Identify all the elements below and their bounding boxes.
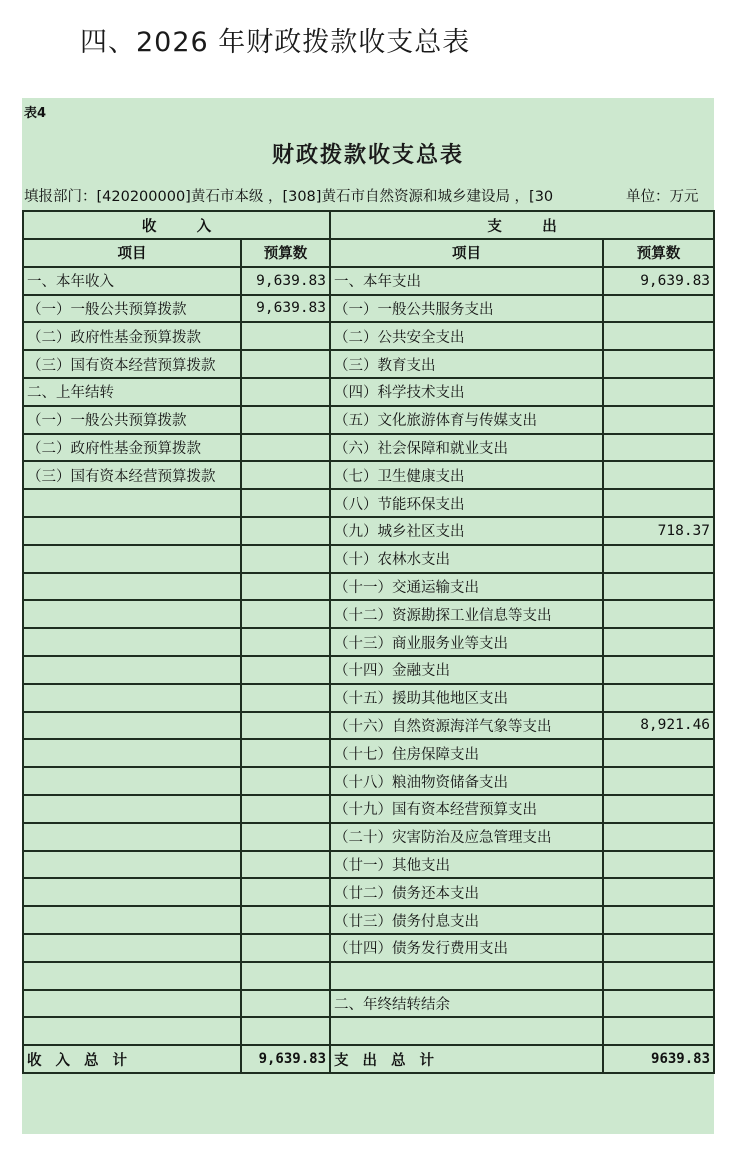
income-total-value: 9,639.83: [241, 1045, 330, 1073]
income-item-cell: [23, 600, 241, 628]
expense-item-cell: （十六）自然资源海洋气象等支出: [330, 712, 603, 740]
table-row: （二十）灾害防治及应急管理支出: [23, 823, 714, 851]
table-row: （十九）国有资本经营预算支出: [23, 795, 714, 823]
expense-budget-cell: [603, 573, 714, 601]
expense-budget-cell: [603, 739, 714, 767]
income-budget-cell: [241, 573, 330, 601]
table-row: 一、本年收入 9,639.83 一、本年支出 9,639.83: [23, 267, 714, 295]
income-budget-cell: [241, 934, 330, 962]
income-item-cell: [23, 684, 241, 712]
budget-summary-table: 收 入 支 出 项目 预算数 项目 预算数 一、本年收入 9,639.83 一、…: [22, 210, 715, 1074]
expense-item-cell: （廿二）债务还本支出: [330, 878, 603, 906]
income-total-label: 收入总计: [23, 1045, 241, 1073]
table-row: （十四）金融支出: [23, 656, 714, 684]
expense-item-cell: （五）文化旅游体育与传媒支出: [330, 406, 603, 434]
expense-item-cell: （十三）商业服务业等支出: [330, 628, 603, 656]
table-row: （十五）援助其他地区支出: [23, 684, 714, 712]
expense-item-cell: （四）科学技术支出: [330, 378, 603, 406]
table-row: 二、年终结转结余: [23, 990, 714, 1018]
income-budget-cell: [241, 823, 330, 851]
totals-row: 收入总计9,639.83支出总计9639.83: [23, 1045, 714, 1073]
income-budget-cell: [241, 656, 330, 684]
income-item-cell: [23, 962, 241, 990]
expense-item-header: 项目: [330, 239, 603, 267]
expense-budget-cell: [603, 795, 714, 823]
income-item-header: 项目: [23, 239, 241, 267]
income-budget-cell: [241, 378, 330, 406]
income-item-cell: （三）国有资本经营预算拨款: [23, 350, 241, 378]
income-item-cell: [23, 517, 241, 545]
table-row: （八）节能环保支出: [23, 489, 714, 517]
income-budget-cell: [241, 600, 330, 628]
expense-budget-cell: [603, 962, 714, 990]
income-budget-cell: [241, 712, 330, 740]
expense-budget-cell: [603, 934, 714, 962]
expense-budget-cell: [603, 545, 714, 573]
income-budget-cell: [241, 1017, 330, 1045]
income-budget-cell: [241, 684, 330, 712]
income-budget-cell: [241, 962, 330, 990]
expense-item-cell: （七）卫生健康支出: [330, 461, 603, 489]
table-row: （十七）住房保障支出: [23, 739, 714, 767]
table-row: 二、上年结转 （四）科学技术支出: [23, 378, 714, 406]
table-row: [23, 1017, 714, 1045]
income-item-cell: 二、上年结转: [23, 378, 241, 406]
income-item-cell: （一）一般公共预算拨款: [23, 295, 241, 323]
expense-item-cell: （八）节能环保支出: [330, 489, 603, 517]
expense-item-cell: （二）公共安全支出: [330, 322, 603, 350]
expense-item-cell: （廿三）债务付息支出: [330, 906, 603, 934]
income-budget-cell: [241, 350, 330, 378]
income-item-cell: [23, 851, 241, 879]
income-item-cell: [23, 489, 241, 517]
column-header-row: 项目 预算数 项目 预算数: [23, 239, 714, 267]
income-item-cell: 一、本年收入: [23, 267, 241, 295]
income-item-cell: （一）一般公共预算拨款: [23, 406, 241, 434]
table-row: （十三）商业服务业等支出: [23, 628, 714, 656]
income-budget-cell: 9,639.83: [241, 267, 330, 295]
expense-budget-cell: [603, 378, 714, 406]
expense-item-cell: 二、年终结转结余: [330, 990, 603, 1018]
expense-item-cell: （一）一般公共服务支出: [330, 295, 603, 323]
expense-total-value: 9639.83: [603, 1045, 714, 1073]
income-budget-cell: [241, 878, 330, 906]
expense-budget-cell: [603, 322, 714, 350]
expense-budget-cell: [603, 906, 714, 934]
expense-item-cell: 一、本年支出: [330, 267, 603, 295]
income-item-cell: [23, 906, 241, 934]
table-row: （二）政府性基金预算拨款 （二）公共安全支出: [23, 322, 714, 350]
expense-budget-cell: 8,921.46: [603, 712, 714, 740]
table-row: （十六）自然资源海洋气象等支出 8,921.46: [23, 712, 714, 740]
expense-budget-cell: [603, 851, 714, 879]
expense-item-cell: （十七）住房保障支出: [330, 739, 603, 767]
income-budget-cell: [241, 461, 330, 489]
expense-item-cell: （十）农林水支出: [330, 545, 603, 573]
expense-total-label: 支出总计: [330, 1045, 603, 1073]
income-budget-cell: [241, 489, 330, 517]
expense-item-cell: （十一）交通运输支出: [330, 573, 603, 601]
table-row: （十一）交通运输支出: [23, 573, 714, 601]
expense-item-cell: （十九）国有资本经营预算支出: [330, 795, 603, 823]
expense-budget-cell: 9,639.83: [603, 267, 714, 295]
expense-budget-cell: [603, 628, 714, 656]
expense-budget-header: 预算数: [603, 239, 714, 267]
income-budget-cell: [241, 628, 330, 656]
expense-budget-cell: [603, 489, 714, 517]
income-budget-cell: [241, 434, 330, 462]
income-budget-cell: [241, 990, 330, 1018]
table-row: （三）国有资本经营预算拨款 （三）教育支出: [23, 350, 714, 378]
unit-label: 单位：万元: [626, 185, 699, 206]
expense-budget-cell: [603, 878, 714, 906]
group-header-row: 收 入 支 出: [23, 211, 714, 239]
page-heading: 四、2026 年财政拨款收支总表: [80, 20, 470, 59]
table-number: 表4: [24, 102, 46, 121]
income-item-cell: [23, 990, 241, 1018]
expense-item-cell: [330, 962, 603, 990]
income-budget-header: 预算数: [241, 239, 330, 267]
income-item-cell: [23, 573, 241, 601]
income-item-cell: [23, 739, 241, 767]
income-item-cell: （二）政府性基金预算拨款: [23, 322, 241, 350]
expense-item-cell: （十二）资源勘探工业信息等支出: [330, 600, 603, 628]
table-row: （廿二）债务还本支出: [23, 878, 714, 906]
income-budget-cell: [241, 406, 330, 434]
table-row: （一）一般公共预算拨款 （五）文化旅游体育与传媒支出: [23, 406, 714, 434]
sheet-title: 财政拨款收支总表: [22, 138, 714, 169]
table-row: （廿四）债务发行费用支出: [23, 934, 714, 962]
income-budget-cell: 9,639.83: [241, 295, 330, 323]
income-item-cell: [23, 656, 241, 684]
table-row: （九）城乡社区支出 718.37: [23, 517, 714, 545]
expense-item-cell: （六）社会保障和就业支出: [330, 434, 603, 462]
expense-budget-cell: [603, 823, 714, 851]
table-row: （十二）资源勘探工业信息等支出: [23, 600, 714, 628]
income-budget-cell: [241, 545, 330, 573]
expense-budget-cell: [603, 295, 714, 323]
table-row: （二）政府性基金预算拨款 （六）社会保障和就业支出: [23, 434, 714, 462]
income-item-cell: [23, 767, 241, 795]
expense-item-cell: （二十）灾害防治及应急管理支出: [330, 823, 603, 851]
expense-item-cell: （十四）金融支出: [330, 656, 603, 684]
table-row: （十八）粮油物资储备支出: [23, 767, 714, 795]
expense-item-cell: （三）教育支出: [330, 350, 603, 378]
expense-budget-cell: [603, 350, 714, 378]
income-item-cell: （三）国有资本经营预算拨款: [23, 461, 241, 489]
expense-budget-cell: [603, 767, 714, 795]
table-row: [23, 962, 714, 990]
income-item-cell: [23, 545, 241, 573]
expense-budget-cell: [603, 600, 714, 628]
expense-item-cell: （十五）援助其他地区支出: [330, 684, 603, 712]
income-budget-cell: [241, 517, 330, 545]
income-item-cell: [23, 712, 241, 740]
table-row: （十）农林水支出: [23, 545, 714, 573]
expense-item-cell: （廿四）债务发行费用支出: [330, 934, 603, 962]
table-row: （三）国有资本经营预算拨款 （七）卫生健康支出: [23, 461, 714, 489]
income-budget-cell: [241, 739, 330, 767]
income-item-cell: [23, 1017, 241, 1045]
reporting-department: 填报部门：[420200000]黄石市本级 ，[308]黄石市自然资源和城乡建设…: [24, 185, 599, 206]
income-item-cell: （二）政府性基金预算拨款: [23, 434, 241, 462]
income-item-cell: [23, 795, 241, 823]
expense-item-cell: （十八）粮油物资储备支出: [330, 767, 603, 795]
income-budget-cell: [241, 767, 330, 795]
income-item-cell: [23, 628, 241, 656]
expense-group-header: 支 出: [330, 211, 714, 239]
expense-budget-cell: [603, 990, 714, 1018]
expense-item-cell: [330, 1017, 603, 1045]
expense-budget-cell: [603, 684, 714, 712]
table-row: （廿三）债务付息支出: [23, 906, 714, 934]
expense-budget-cell: [603, 656, 714, 684]
expense-budget-cell: [603, 461, 714, 489]
income-item-cell: [23, 823, 241, 851]
income-item-cell: [23, 878, 241, 906]
expense-item-cell: （九）城乡社区支出: [330, 517, 603, 545]
income-budget-cell: [241, 906, 330, 934]
expense-item-cell: （廿一）其他支出: [330, 851, 603, 879]
income-budget-cell: [241, 322, 330, 350]
expense-budget-cell: [603, 406, 714, 434]
income-group-header: 收 入: [23, 211, 330, 239]
expense-budget-cell: [603, 434, 714, 462]
table-row: （一）一般公共预算拨款 9,639.83 （一）一般公共服务支出: [23, 295, 714, 323]
income-budget-cell: [241, 795, 330, 823]
income-item-cell: [23, 934, 241, 962]
expense-budget-cell: 718.37: [603, 517, 714, 545]
expense-budget-cell: [603, 1017, 714, 1045]
table-row: （廿一）其他支出: [23, 851, 714, 879]
income-budget-cell: [241, 851, 330, 879]
